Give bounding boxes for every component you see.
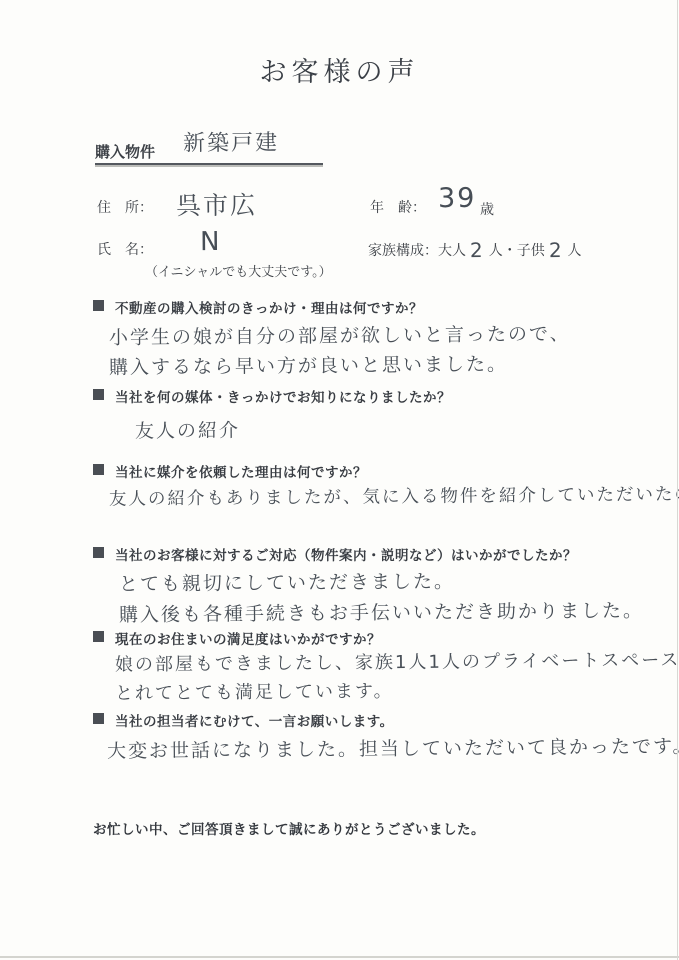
handwritten-answer: 娘の部屋もできましたし、家族1人1人のプライベートスペースが とれてとても満足し… — [93, 650, 668, 710]
question-text: 当社のお客様に対するご対応（物件案内・説明など）はいかがでしたか？ — [115, 544, 577, 564]
answer-line: とても親切にしていただきました。 — [119, 569, 455, 598]
thank-you-note: お忙しい中、ご回答頂きまして誠にありがとうございました。 — [93, 818, 485, 838]
question-block-4: 当社のお客様に対するご対応（物件案内・説明など）はいかがでしたか？ とても親切に… — [93, 544, 668, 630]
question-text: 当社に媒介を依頼した理由は何ですか？ — [115, 461, 367, 481]
name-label: 氏 名： — [97, 239, 153, 259]
family-label-middle: 人・子供 — [489, 244, 545, 259]
bullet-square-icon — [93, 464, 104, 475]
question-line: 当社に媒介を依頼した理由は何ですか？ — [93, 461, 668, 481]
question-text: 現在のお住まいの満足度はいかがですか？ — [115, 628, 381, 648]
handwritten-answer: 大変お世話になりました。担当していただいて良かったです。 — [93, 736, 668, 766]
family-field: 家族構成：大人2人・子供2人 — [368, 238, 581, 262]
name-initial-note: （イニシャルでも大丈夫です。） — [145, 261, 332, 280]
question-line: 不動産の購入検討のきっかけ・理由は何ですか？ — [93, 297, 668, 317]
scan-edge-right — [677, 0, 678, 960]
scanned-feedback-form: お客様の声 購入物件 新築戸建 住 所： 呉市広 年 齢： 39 歳 氏 名： … — [0, 0, 679, 960]
question-block-3: 当社に媒介を依頼した理由は何ですか？ 友人の紹介もありましたが、気に入る物件を紹… — [93, 461, 668, 514]
property-underline — [95, 163, 323, 165]
address-label: 住 所： — [97, 197, 153, 217]
bullet-square-icon — [93, 547, 104, 558]
answer-line: 購入後も各種手続きもお手伝いいただき助かりました。 — [119, 598, 644, 629]
question-text: 不動産の購入検討のきっかけ・理由は何ですか？ — [115, 297, 423, 317]
question-block-2: 当社を何の媒体・きっかけでお知りになりましたか？ 友人の紹介 — [93, 386, 668, 448]
question-line: 当社のお客様に対するご対応（物件案内・説明など）はいかがでしたか？ — [93, 544, 668, 564]
scan-edge-bottom — [0, 956, 679, 958]
family-adults-handwritten: 2 — [470, 238, 485, 262]
page-title: お客様の声 — [0, 50, 679, 89]
answer-line: 友人の紹介もありましたが、気に入る物件を紹介していただいたので。 — [109, 481, 679, 512]
answer-line: 友人の紹介 — [135, 418, 240, 445]
answer-line: 娘の部屋もできましたし、家族1人1人のプライベートスペースが — [115, 647, 679, 678]
answer-line: とれてとても満足しています。 — [115, 679, 394, 707]
question-block-1: 不動産の購入検討のきっかけ・理由は何ですか？ 小学生の娘が自分の部屋が欲しいと言… — [93, 297, 668, 383]
question-line: 当社を何の媒体・きっかけでお知りになりましたか？ — [93, 386, 668, 406]
question-line: 現在のお住まいの満足度はいかがですか？ — [93, 628, 668, 648]
bullet-square-icon — [93, 631, 104, 642]
answer-line: 小学生の娘が自分の部屋が欲しいと言ったので、 — [109, 321, 571, 351]
question-text: 当社を何の媒体・きっかけでお知りになりましたか？ — [115, 386, 451, 406]
age-label: 年 齢： — [370, 197, 426, 217]
question-block-5: 現在のお住まいの満足度はいかがですか？ 娘の部屋もできましたし、家族1人1人のプ… — [93, 628, 668, 710]
handwritten-answer: 小学生の娘が自分の部屋が欲しいと言ったので、 購入するなら早い方が良いと思いまし… — [93, 323, 668, 383]
property-label: 購入物件 — [95, 141, 155, 162]
address-value-handwritten: 呉市広 — [176, 186, 257, 223]
name-value-handwritten: N — [200, 227, 222, 257]
family-label-prefix: 家族構成：大人 — [368, 244, 466, 259]
question-text: 当社の担当者にむけて、一言お願いします。 — [115, 710, 394, 730]
age-unit-label: 歳 — [480, 199, 494, 219]
handwritten-answer: 友人の紹介 — [93, 418, 668, 448]
answer-line: 購入するなら早い方が良いと思いました。 — [109, 351, 508, 380]
handwritten-answer: とても親切にしていただきました。 購入後も各種手続きもお手伝いいただき助かりまし… — [93, 570, 668, 630]
bullet-square-icon — [93, 389, 104, 400]
age-value-handwritten: 39 — [438, 183, 477, 214]
question-line: 当社の担当者にむけて、一言お願いします。 — [93, 710, 668, 730]
family-label-suffix: 人 — [567, 244, 581, 259]
answer-line: 大変お世話になりました。担当していただいて良かったです。 — [107, 733, 679, 764]
handwritten-answer: 友人の紹介もありましたが、気に入る物件を紹介していただいたので。 — [93, 484, 668, 514]
family-children-handwritten: 2 — [549, 238, 564, 262]
question-block-6: 当社の担当者にむけて、一言お願いします。 大変お世話になりました。担当していただ… — [93, 710, 668, 766]
bullet-square-icon — [93, 713, 104, 724]
property-value-handwritten: 新築戸建 — [183, 126, 279, 158]
bullet-square-icon — [93, 300, 104, 311]
